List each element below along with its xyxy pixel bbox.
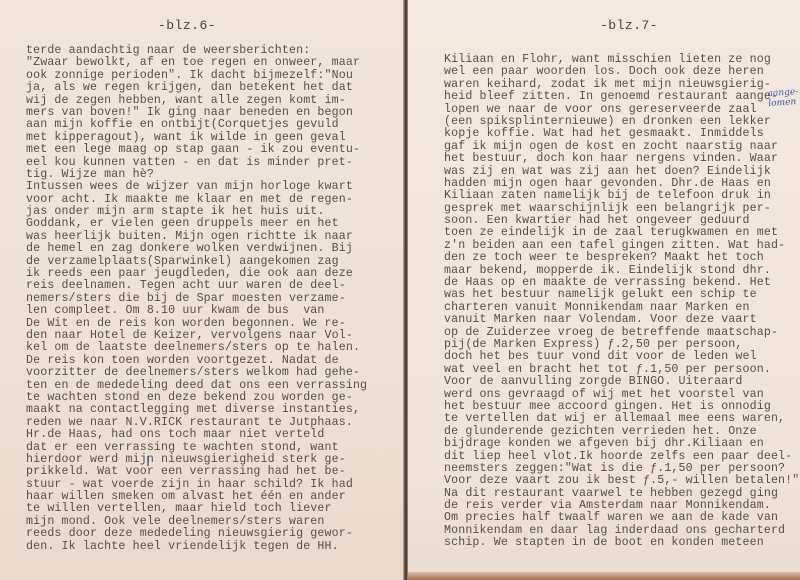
text-line: Om precies half twaalf waren we aan de k… [444,512,799,524]
text-line: was het bestuur namelijk gelukt een schi… [444,289,799,301]
text-line: reeds door deze mededeling nieuwsgierig … [26,528,367,540]
left-page-body-text: terde aandachtig naar de weersberichten:… [26,45,367,553]
text-line: den ze toch weer te bespreken? Maakt het… [444,252,799,264]
text-line: kel om de laatste deelnemers/sters op te… [26,342,367,354]
text-line: reis deelnamen. Tegen acht uur waren de … [26,280,367,292]
text-line: bijdrage konden we afgeven bij dhr.Kilia… [444,438,799,450]
text-line: Intussen wees de wijzer van mijn horloge… [26,181,367,193]
text-line: kopje koffie. Wat had het gesmaakt. Inmi… [444,128,799,140]
text-line: het bestuur, doch kon haar nergens vinde… [444,153,799,165]
text-line: heid bleef zitten. In genoemd restaurant… [444,91,799,103]
text-line: len compleet. Om 8.10 uur kwam de bus va… [26,305,367,317]
page-number-7: -blz.7- [600,18,658,33]
text-line: prikkeld. Wat voor een verrassing had he… [26,466,367,478]
handwritten-margin-annotation: aange-lomen [767,87,800,109]
text-line: vanuit Marken naar Volendam. Voor deze v… [444,314,799,326]
booklet-spread: -blz.6- terde aandachtig naar de weersbe… [0,0,800,580]
text-line: ja, als we regen krijgen, dan betekent h… [26,82,367,94]
text-line: te vertellen dat wij er allemaal mee een… [444,413,799,425]
text-line: wel een paar woorden los. Doch ook deze … [444,66,799,78]
text-line: Kiliaan zaten namelijk bij de telefoon d… [444,190,799,202]
right-page-body-text: Kiliaan en Flohr, want misschien lieten … [444,54,799,550]
text-line: maakt na contactlegging met diverse inst… [26,404,367,416]
text-line: schip. We stapten in de boot en konden m… [444,537,799,549]
text-line: Hr.de Haas, had ons toch maar niet verte… [26,429,367,441]
text-line: Voor de aanvulling zorgde BINGO. Uiteraa… [444,376,799,388]
text-line: met een lege maag op stap gaan - ik zou … [26,144,367,156]
right-page: -blz.7- Kiliaan en Flohr, want misschien… [408,0,800,580]
text-line: voorzitter de deelnemers/sters welkom ha… [26,367,367,379]
text-line: Voor deze vaart zou ik best ƒ.5,- willen… [444,475,799,487]
text-line: de hemel en zag donkere wolken verdwijne… [26,243,367,255]
left-page: -blz.6- terde aandachtig naar de weersbe… [0,0,403,580]
text-line: "Zwaar bewolkt, af en toe regen en onwee… [26,57,367,69]
text-line: toen ze eindelijk in de zaal terugkwamen… [444,227,799,239]
text-line: Goddank, er vielen geen druppels meer en… [26,218,367,230]
text-line: aan mijn koffie en ontbijt(Corquetjes ge… [26,119,367,131]
page-number-6: -blz.6- [158,18,216,33]
text-line: den. Ik lachte heel vriendelijk tegen de… [26,541,367,553]
page-bottom-edge [408,572,800,580]
text-line: te willen vertellen, maar hield toch lie… [26,503,367,515]
text-line: doch het bes tuur vond dit voor de leden… [444,351,799,363]
ink-correction-mark [147,456,149,466]
